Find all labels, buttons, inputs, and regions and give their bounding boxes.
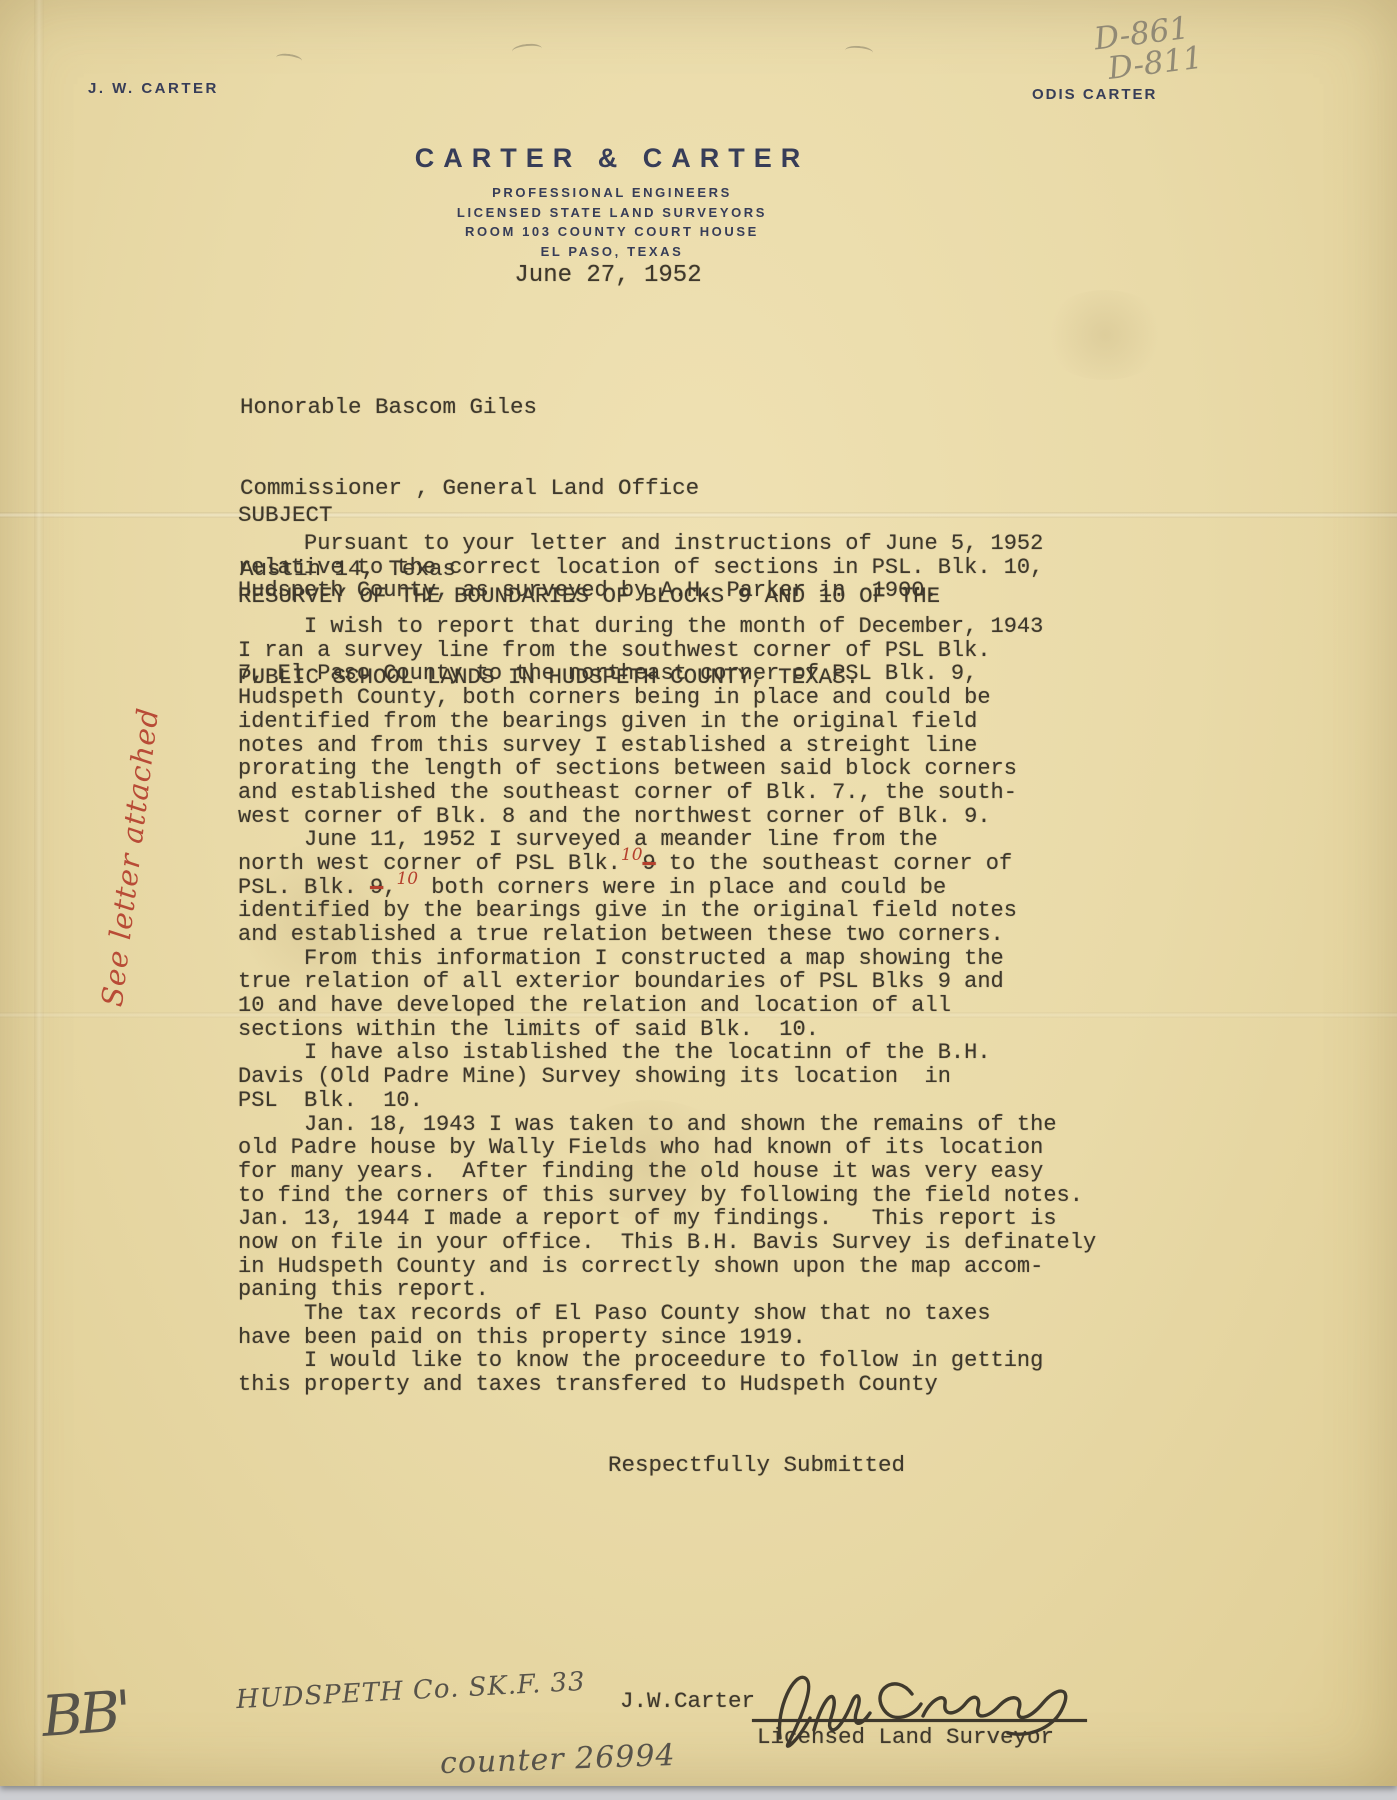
file-reference-note: HUDSPETH Co. SK.F. 33 [235, 1667, 586, 1715]
body-line: true relation of all exterior boundaries… [238, 970, 1096, 994]
subject-label: SUBJECT [238, 502, 940, 529]
letterhead-line-profession: PROFESSIONAL ENGINEERS [262, 183, 962, 203]
body-line: sections within the limits of said Blk. … [238, 1018, 1096, 1042]
letterhead-line-city: EL PASO, TEXAS [262, 242, 962, 262]
letterhead: CARTER & CARTER PROFESSIONAL ENGINEERS L… [262, 143, 962, 261]
body-line: Davis (Old Padre Mine) Survey showing it… [238, 1065, 1096, 1089]
body-line: I would like to know the proceedure to f… [238, 1349, 1096, 1373]
body-line: 10 and have developed the relation and l… [238, 994, 1096, 1018]
pencil-scribble [275, 52, 302, 66]
body-line: Hudspeth County, as surveyed by A.H. Par… [238, 579, 1096, 603]
body-line: and established the southeast corner of … [238, 781, 1096, 805]
letterhead-name-odis-carter: ODIS CARTER [1032, 86, 1157, 103]
body-line: Jan. 13, 1944 I made a report of my find… [238, 1207, 1096, 1231]
body-line: and established a true relation between … [238, 923, 1096, 947]
signature-title: Licensed Land Surveyor [757, 1724, 1054, 1750]
body-line: 7, El Paso County to the northeast corne… [238, 662, 1096, 686]
signature-typed-name: J.W.Carter [620, 1688, 755, 1714]
body-line: have been paid on this property since 19… [238, 1326, 1096, 1350]
bb-initials: BB' [40, 1679, 130, 1750]
body-line: Hudspeth County, both corners being in p… [238, 686, 1096, 710]
pencil-file-codes: D-861 D-811 [1093, 12, 1205, 86]
see-letter-attached-note: See letter attached [94, 696, 167, 1018]
body-line: identified by the bearings give in the o… [238, 899, 1096, 923]
body-line: I ran a survey line from the southwest c… [238, 639, 1096, 663]
signature-line [752, 1719, 1087, 1722]
pencil-scribble [511, 42, 542, 57]
firm-name: CARTER & CARTER [262, 143, 962, 174]
body-line: identified from the bearings given in th… [238, 710, 1096, 734]
recipient-name: Honorable Bascom Giles [240, 394, 699, 421]
pencil-code-2: D-811 [1106, 43, 1204, 85]
paper-stain [1040, 290, 1170, 380]
body-line: June 11, 1952 I surveyed a meander line … [238, 828, 1096, 852]
body-line: north west corner of PSL Blk.109 to the … [238, 852, 1096, 876]
body-line: relative to the correct location of sect… [238, 556, 1096, 580]
body-line: west corner of Blk. 8 and the northwest … [238, 805, 1096, 829]
body-lines: Pursuant to your letter and instructions… [238, 532, 1096, 1397]
body-line: Jan. 18, 1943 I was taken to and shown t… [238, 1113, 1096, 1137]
letterhead-line-license: LICENSED STATE LAND SURVEYORS [262, 203, 962, 223]
body-line: now on file in your office. This B.H. Ba… [238, 1231, 1096, 1255]
body-line: PSL Blk. 10. [238, 1089, 1096, 1113]
edge-crease [34, 0, 44, 1786]
body-line: this property and taxes transfered to Hu… [238, 1373, 1096, 1397]
body-line: PSL. Blk. 9,10 both corners were in plac… [238, 876, 1096, 900]
body-line: notes and from this survey I established… [238, 734, 1096, 758]
body-line: to find the corners of this survey by fo… [238, 1184, 1096, 1208]
letter-page: J. W. CARTER ODIS CARTER D-861 D-811 CAR… [0, 0, 1397, 1786]
body-line: paning this report. [238, 1278, 1096, 1302]
counter-number-note: counter 26994 [439, 1738, 676, 1781]
closing-line: Respectfully Submitted [608, 1452, 905, 1478]
body-line: in Hudspeth County and is correctly show… [238, 1255, 1096, 1279]
body-line: prorating the length of sections between… [238, 757, 1096, 781]
body-line: From this information I constructed a ma… [238, 947, 1096, 971]
date-line: June 27, 1952 [514, 262, 701, 289]
body-line: I have also istablished the the locatinn… [238, 1041, 1096, 1065]
letterhead-name-jw-carter: J. W. CARTER [88, 80, 219, 97]
body-line: Pursuant to your letter and instructions… [238, 532, 1096, 556]
pencil-scribble [845, 45, 874, 58]
body-line: old Padre house by Wally Fields who had … [238, 1136, 1096, 1160]
body-line: The tax records of El Paso County show t… [238, 1302, 1096, 1326]
body-line: I wish to report that during the month o… [238, 615, 1096, 639]
body-line: for many years. After finding the old ho… [238, 1160, 1096, 1184]
letterhead-line-address: ROOM 103 COUNTY COURT HOUSE [262, 222, 962, 242]
